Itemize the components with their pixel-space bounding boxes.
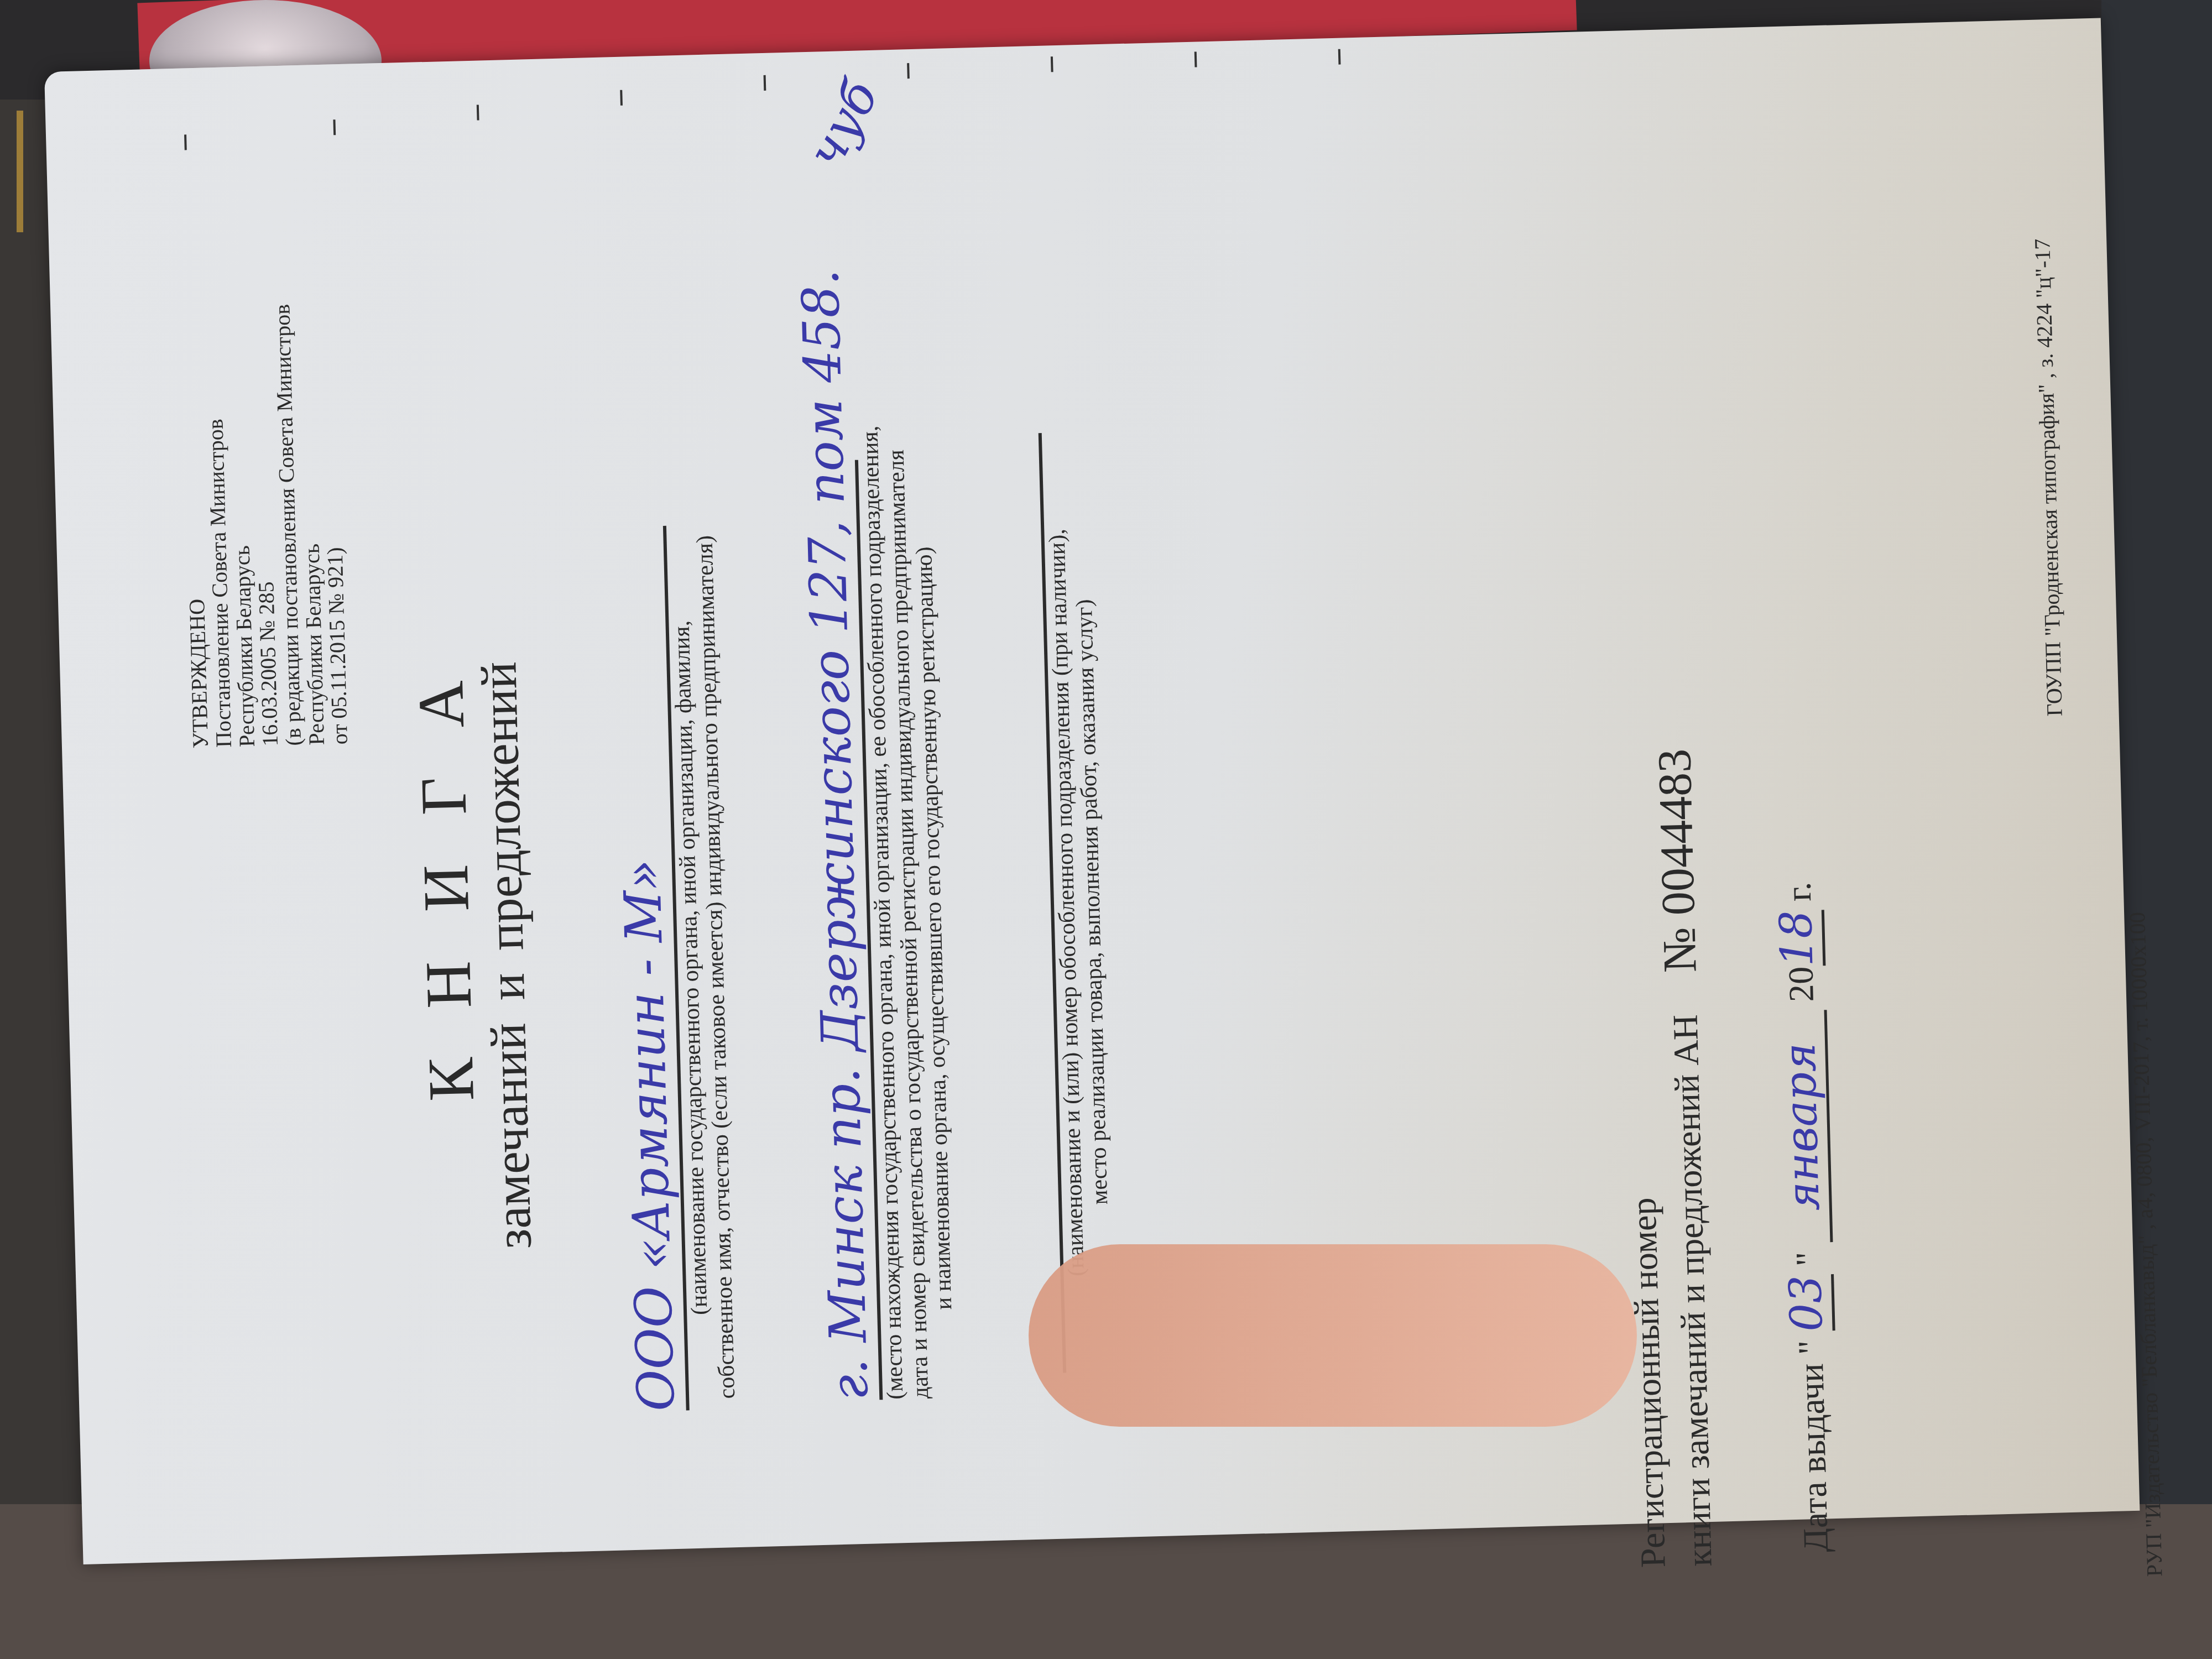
location-field[interactable]: г. Минск пр. Дзержинского 127, пом 458. …	[796, 458, 959, 1401]
issue-date-label: Дата выдачи	[1791, 1363, 1835, 1553]
approval-block: УТВЕРЖДЕНО Постановление Совета Министро…	[178, 302, 352, 748]
handwritten-signature: чуб	[796, 71, 890, 178]
organization-field[interactable]: ООО «Армянин - М» (наименование государс…	[604, 524, 740, 1412]
issue-month[interactable]: января	[1773, 1010, 1833, 1244]
registration-block: Регистрационный номер книги замечаний и …	[1611, 748, 1721, 1568]
finger	[1029, 1244, 1637, 1427]
subdivision-field[interactable]: (наименование и (или) номер обособленног…	[983, 432, 1117, 1375]
issue-day[interactable]: 03	[1780, 1274, 1835, 1332]
registration-label-2: книги замечаний и предложений АН	[1666, 1014, 1719, 1567]
document-subtitle: замечаний и предложений	[469, 661, 543, 1250]
issue-year-suffix[interactable]: 18	[1770, 910, 1826, 967]
registration-number: № 0044483	[1647, 748, 1707, 973]
typography-imprint: ГОУПП "Гродненская типография" , з. 4224…	[2029, 238, 2068, 717]
issue-date: Дата выдачи " 03 " января 2018 г.	[1769, 881, 1841, 1553]
issue-year-prefix: 20	[1781, 966, 1821, 1003]
issue-year-unit: г.	[1778, 881, 1818, 902]
